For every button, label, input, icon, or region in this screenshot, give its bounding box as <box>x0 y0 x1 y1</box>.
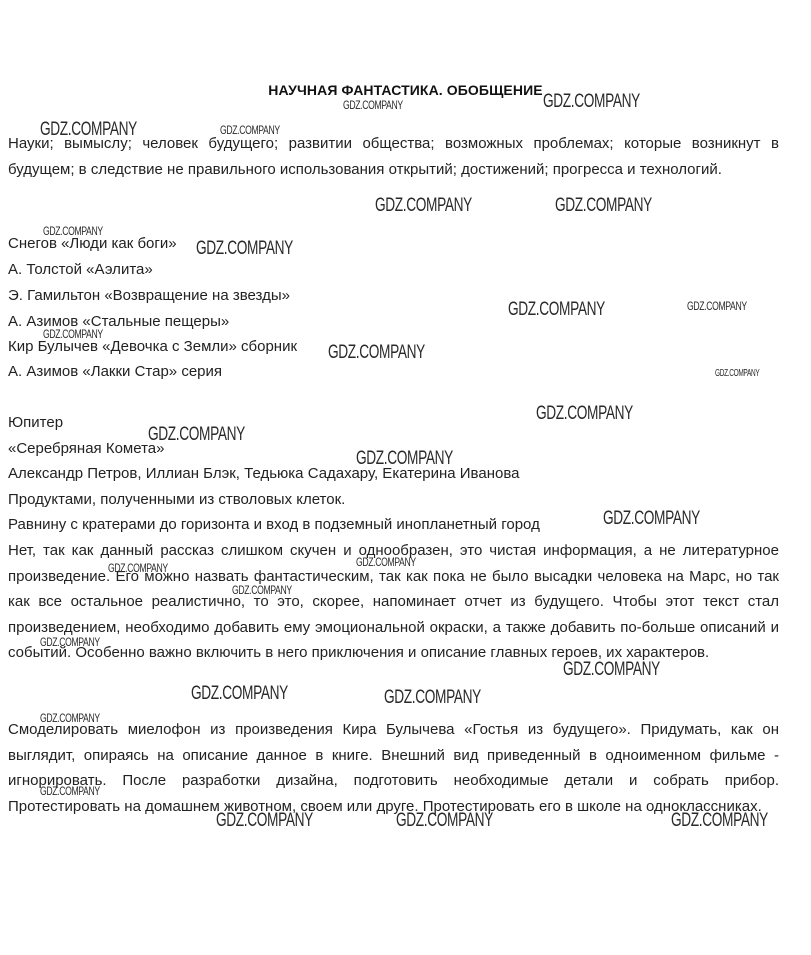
answer-item: Юпитер <box>8 413 63 433</box>
answer-item: Равнину с кратерами до горизонта и вход … <box>8 515 540 535</box>
watermark-text: GDZ.COMPANY <box>343 98 403 112</box>
watermark-text: GDZ.COMPANY <box>671 810 768 832</box>
answer-item: «Серебряная Комета» <box>8 439 164 459</box>
watermark-text: GDZ.COMPANY <box>108 561 168 575</box>
watermark-text: GDZ.COMPANY <box>536 403 633 425</box>
watermark-text: GDZ.COMPANY <box>384 687 481 709</box>
watermark-text: GDZ.COMPANY <box>508 299 605 321</box>
document-title: НАУЧНАЯ ФАНТАСТИКА. ОБОБЩЕНИЕ <box>0 82 811 98</box>
watermark-text: GDZ.COMPANY <box>328 342 425 364</box>
watermark-text: GDZ.COMPANY <box>687 299 747 313</box>
watermark-text: GDZ.COMPANY <box>603 508 700 530</box>
watermark-text: GDZ.COMPANY <box>196 238 293 260</box>
watermark-text: GDZ.COMPANY <box>356 448 453 470</box>
watermark-text: GDZ.COMPANY <box>43 327 103 341</box>
book-item: А. Толстой «Аэлита» <box>8 260 153 280</box>
paragraph-mielofon-project: Смоделировать миелофон из произведения К… <box>8 717 779 819</box>
watermark-text: GDZ.COMPANY <box>563 659 660 681</box>
watermark-text: GDZ.COMPANY <box>40 784 100 798</box>
watermark-text: GDZ.COMPANY <box>715 368 759 379</box>
watermark-text: GDZ.COMPANY <box>232 583 292 597</box>
watermark-text: GDZ.COMPANY <box>375 195 472 217</box>
watermark-text: GDZ.COMPANY <box>216 810 313 832</box>
document-page: НАУЧНАЯ ФАНТАСТИКА. ОБОБЩЕНИЕ Науки; вым… <box>0 0 811 955</box>
watermark-text: GDZ.COMPANY <box>148 424 245 446</box>
watermark-text: GDZ.COMPANY <box>43 224 103 238</box>
watermark-text: GDZ.COMPANY <box>40 635 100 649</box>
watermark-text: GDZ.COMPANY <box>191 683 288 705</box>
book-item: Э. Гамильтон «Возвращение на звезды» <box>8 286 290 306</box>
watermark-text: GDZ.COMPANY <box>220 123 280 137</box>
watermark-text: GDZ.COMPANY <box>40 711 100 725</box>
watermark-text: GDZ.COMPANY <box>396 810 493 832</box>
watermark-text: GDZ.COMPANY <box>543 91 640 113</box>
watermark-text: GDZ.COMPANY <box>40 119 137 141</box>
watermark-text: GDZ.COMPANY <box>356 555 416 569</box>
answer-item: Продуктами, полученными из стволовых кле… <box>8 490 345 510</box>
book-item: А. Азимов «Лакки Стар» серия <box>8 362 222 382</box>
watermark-text: GDZ.COMPANY <box>555 195 652 217</box>
book-item: А. Азимов «Стальные пещеры» <box>8 312 229 332</box>
